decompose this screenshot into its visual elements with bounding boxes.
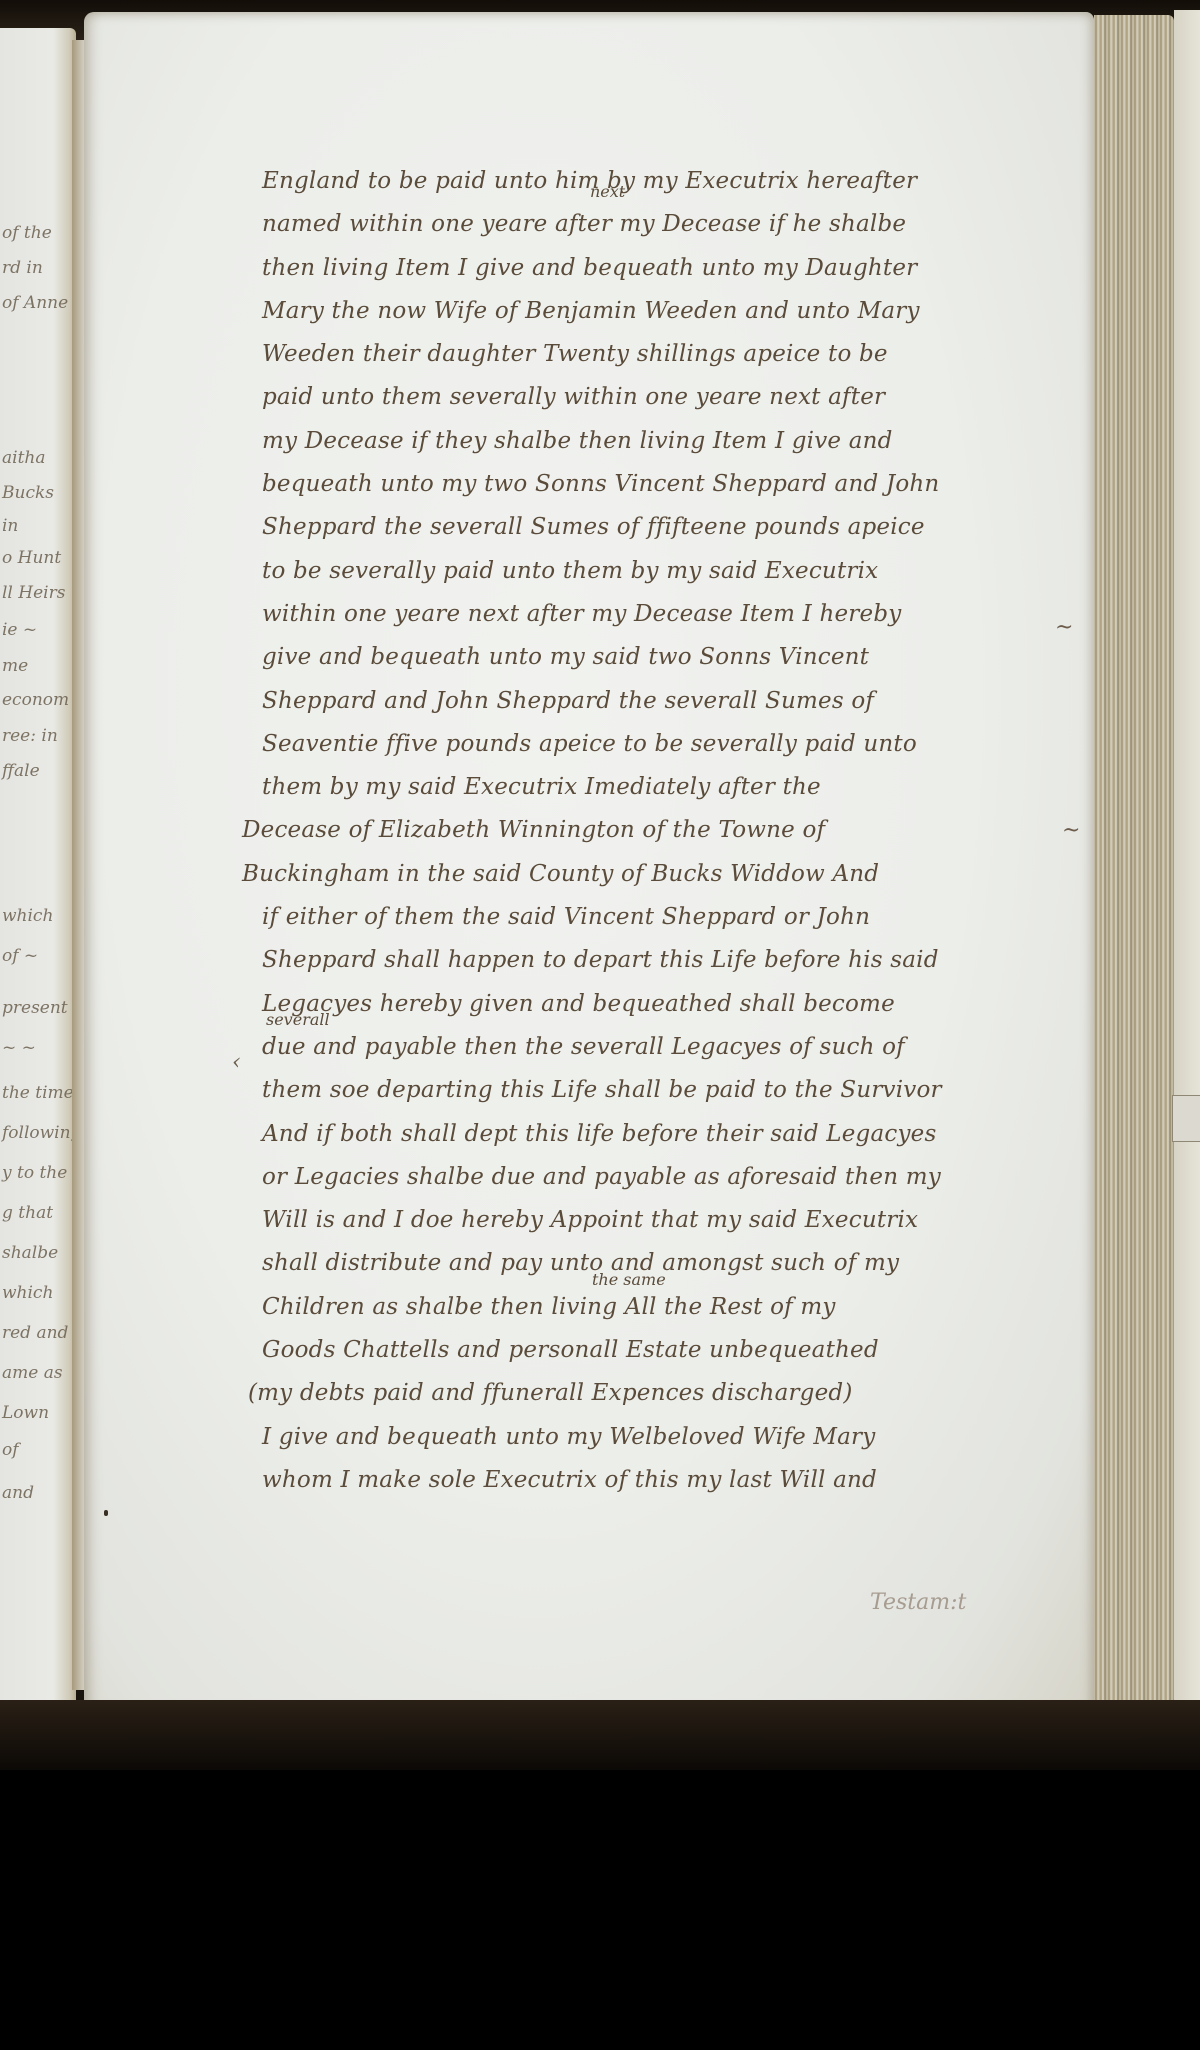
- margin-fragment: Lown: [2, 1403, 70, 1423]
- interlineation-severall: severall: [266, 1010, 330, 1029]
- margin-fragment: ll Heirs: [2, 583, 70, 603]
- text-line: shall distribute and pay unto and amongs…: [262, 1242, 1092, 1285]
- ink-blot: [104, 1510, 108, 1516]
- bottom-binding-shadow: [0, 1700, 1200, 1770]
- text-line: Sheppard and John Sheppard the severall …: [262, 680, 1092, 723]
- text-line: within one yeare next after my Decease I…: [262, 593, 1092, 636]
- margin-fragment: ~ ~: [2, 1038, 70, 1058]
- text-line: give and bequeath unto my said two Sonns…: [262, 636, 1092, 679]
- margin-fragment: ffale: [2, 761, 70, 781]
- margin-fragment: which: [2, 1283, 70, 1303]
- testament-signature-fragment: Testam:t: [870, 1590, 966, 1615]
- text-line: named within one yeare after my Decease …: [262, 203, 1092, 246]
- margin-fragment: the time: [2, 1083, 70, 1103]
- text-line: I give and bequeath unto my Welbeloved W…: [262, 1416, 1092, 1459]
- text-line: Buckingham in the said County of Bucks W…: [242, 853, 1092, 896]
- text-line: if either of them the said Vincent Shepp…: [262, 896, 1092, 939]
- line-filler-mark: ~: [1062, 818, 1080, 843]
- text-line: Mary the now Wife of Benjamin Weeden and…: [262, 290, 1092, 333]
- left-page-fragment: of the rd in of Anne aitha Bucks in o Hu…: [0, 28, 76, 1708]
- margin-fragment: present: [2, 998, 70, 1018]
- margin-fragment: of the: [2, 223, 70, 243]
- margin-fragment: econom: [2, 690, 70, 710]
- cover-edge: [1174, 10, 1200, 1710]
- margin-fragment: ie ~: [2, 620, 70, 640]
- margin-fragment: rd in: [2, 258, 70, 278]
- text-line: then living Item I give and bequeath unt…: [262, 247, 1092, 290]
- text-line: them soe departing this Life shall be pa…: [262, 1069, 1092, 1112]
- text-line: Sheppard the severall Sumes of ffifteene…: [262, 506, 1092, 549]
- margin-fragment: of: [2, 1440, 70, 1460]
- margin-fragment: shalbe: [2, 1243, 70, 1263]
- will-text: England to be paid unto him by my Execut…: [262, 160, 1092, 1502]
- text-line: (my debts paid and ffunerall Expences di…: [248, 1372, 1092, 1415]
- margin-fragment: red and: [2, 1323, 70, 1343]
- margin-fragment: of ~: [2, 946, 70, 966]
- page-edges: [1094, 15, 1174, 1705]
- margin-fragment: of Anne: [2, 293, 70, 313]
- text-line: whom I make sole Executrix of this my la…: [262, 1459, 1092, 1502]
- text-line: bequeath unto my two Sonns Vincent Shepp…: [262, 463, 1092, 506]
- text-line: Weeden their daughter Twenty shillings a…: [262, 333, 1092, 376]
- manuscript-scan: of the rd in of Anne aitha Bucks in o Hu…: [0, 0, 1200, 1770]
- margin-fragment: ree: in: [2, 726, 70, 746]
- text-line: due and payable then the severall Legacy…: [262, 1026, 1092, 1069]
- interlineation-next: next: [590, 182, 625, 201]
- margin-fragment: o Hunt: [2, 548, 70, 568]
- text-line: Seaventie ffive pounds apeice to be seve…: [262, 723, 1092, 766]
- margin-fragment: following: [2, 1123, 70, 1143]
- text-line: Sheppard shall happen to depart this Lif…: [262, 939, 1092, 982]
- text-line: my Decease if they shalbe then living It…: [262, 420, 1092, 463]
- margin-fragment: g that: [2, 1203, 70, 1223]
- margin-fragment: which: [2, 906, 70, 926]
- margin-fragment: Bucks: [2, 483, 70, 503]
- text-line: And if both shall dept this life before …: [262, 1113, 1092, 1156]
- margin-fragment: in: [2, 516, 70, 536]
- margin-fragment: y to the: [2, 1163, 70, 1183]
- letterbox-band: [0, 1770, 1200, 2050]
- text-line: Children as shalbe then living All the R…: [262, 1286, 1092, 1329]
- text-line: them by my said Executrix Imediately aft…: [262, 766, 1092, 809]
- text-line: or Legacies shalbe due and payable as af…: [262, 1156, 1092, 1199]
- page-tab-marker: [1172, 1095, 1200, 1142]
- text-line: to be severally paid unto them by my sai…: [262, 550, 1092, 593]
- insertion-caret-icon: ‹: [232, 1050, 241, 1075]
- margin-fragment: me: [2, 656, 70, 676]
- text-line: Goods Chattells and personall Estate unb…: [262, 1329, 1092, 1372]
- line-filler-mark: ~: [1055, 615, 1073, 640]
- text-line: Legacyes hereby given and bequeathed sha…: [262, 983, 1092, 1026]
- text-line: England to be paid unto him by my Execut…: [262, 160, 1092, 203]
- margin-fragment: aitha: [2, 448, 70, 468]
- margin-fragment: and: [2, 1483, 70, 1503]
- text-line: Decease of Elizabeth Winnington of the T…: [242, 809, 1092, 852]
- margin-fragment: ame as: [2, 1363, 70, 1383]
- interlineation-the-same: the same: [592, 1270, 666, 1289]
- text-line: Will is and I doe hereby Appoint that my…: [262, 1199, 1092, 1242]
- text-line: paid unto them severally within one year…: [262, 376, 1092, 419]
